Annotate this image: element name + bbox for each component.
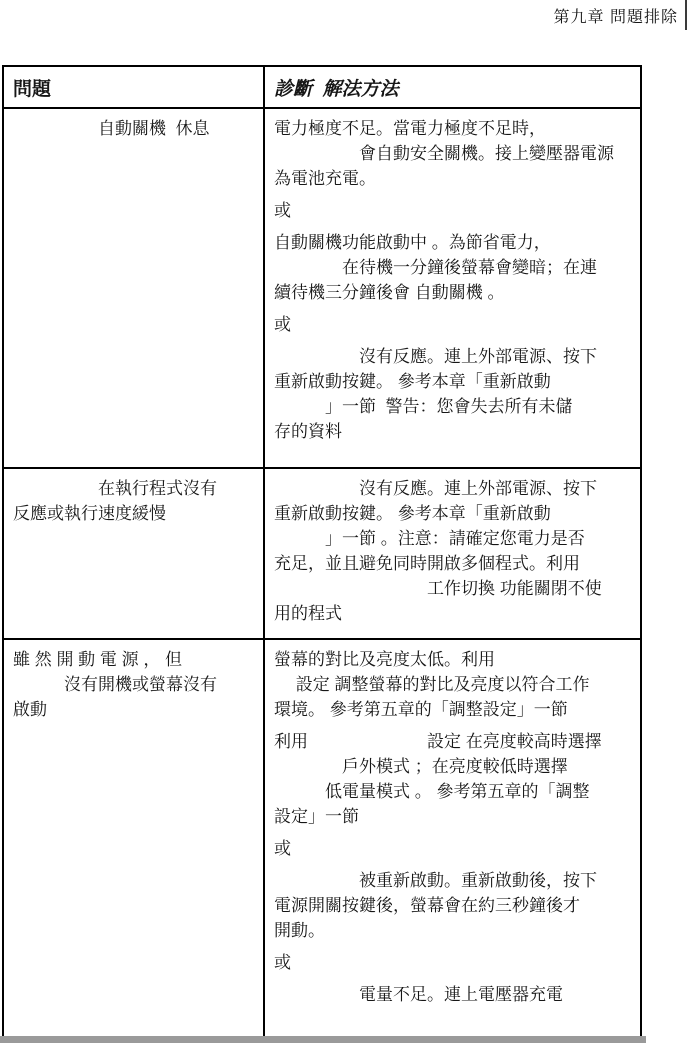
solution-paragraph: 或 (274, 950, 631, 975)
table-row: 雖 然 開 動 電 源 ， 但 沒有開機或螢幕沒有 啟動 螢幕的對比及亮度太低。… (3, 639, 641, 1041)
solution-paragraph: 或 (274, 312, 631, 337)
solution-paragraph: 沒有反應。連上外部電源、按下 重新啟動按鍵。 參考本章「重新啟動 」一節 警告：… (274, 344, 631, 444)
bottom-bar-decoration (0, 1036, 646, 1043)
solution-paragraph: 自動關機功能啟動中 。為節省電力， 在待機一分鐘後螢幕會變暗；在連 續待機三分鐘… (274, 230, 631, 305)
chapter-title: 第九章 問題排除 (554, 9, 678, 26)
solution-cell: 電力極度不足。當電力極度不足時， 會自動安全關機。接上變壓器電源 為電池充電。 … (264, 108, 641, 468)
problem-cell: 雖 然 開 動 電 源 ， 但 沒有開機或螢幕沒有 啟動 (3, 639, 264, 1041)
table-row: 在執行程式沒有 反應或執行速度緩慢 沒有反應。連上外部電源、按下 重新啟動按鍵。… (3, 468, 641, 639)
manual-page: 第九章 問題排除 問題 診斷 解法方法 自動關機 休息 電力極度不足。當電力極度… (0, 0, 687, 1045)
column-header-solution: 診斷 解法方法 (264, 66, 641, 108)
solution-paragraph: 或 (274, 198, 631, 223)
solution-paragraph: 或 (274, 836, 631, 861)
problem-text: 在執行程式沒有 反應或執行速度緩慢 (13, 476, 254, 526)
solution-paragraph: 利用 設定 在亮度較高時選擇 戶外模式 ；在亮度較低時選擇 低電量模式 。 參考… (274, 729, 631, 829)
solution-cell: 螢幕的對比及亮度太低。利用 設定 調整螢幕的對比及亮度以符合工作 環境。 參考第… (264, 639, 641, 1041)
page-header: 第九章 問題排除 (554, 4, 678, 27)
solution-paragraph: 螢幕的對比及亮度太低。利用 設定 調整螢幕的對比及亮度以符合工作 環境。 參考第… (274, 647, 631, 722)
solution-paragraph: 沒有反應。連上外部電源、按下 重新啟動按鍵。 參考本章「重新啟動 」一節 。注意… (274, 476, 631, 626)
table-header-row: 問題 診斷 解法方法 (3, 66, 641, 108)
troubleshooting-table: 問題 診斷 解法方法 自動關機 休息 電力極度不足。當電力極度不足時， 會自動安… (2, 65, 642, 1042)
solution-paragraph: 電量不足。連上電壓器充電 (274, 982, 631, 1007)
problem-text: 自動關機 休息 (13, 116, 254, 141)
table-row: 自動關機 休息 電力極度不足。當電力極度不足時， 會自動安全關機。接上變壓器電源… (3, 108, 641, 468)
solution-cell: 沒有反應。連上外部電源、按下 重新啟動按鍵。 參考本章「重新啟動 」一節 。注意… (264, 468, 641, 639)
column-header-problem: 問題 (3, 66, 264, 108)
problem-text: 雖 然 開 動 電 源 ， 但 沒有開機或螢幕沒有 啟動 (13, 647, 254, 722)
problem-cell: 在執行程式沒有 反應或執行速度緩慢 (3, 468, 264, 639)
solution-paragraph: 被重新啟動。重新啟動後，按下 電源開關按鍵後，螢幕會在約三秒鐘後才 開動。 (274, 868, 631, 943)
solution-paragraph: 電力極度不足。當電力極度不足時， 會自動安全關機。接上變壓器電源 為電池充電。 (274, 116, 631, 191)
problem-cell: 自動關機 休息 (3, 108, 264, 468)
